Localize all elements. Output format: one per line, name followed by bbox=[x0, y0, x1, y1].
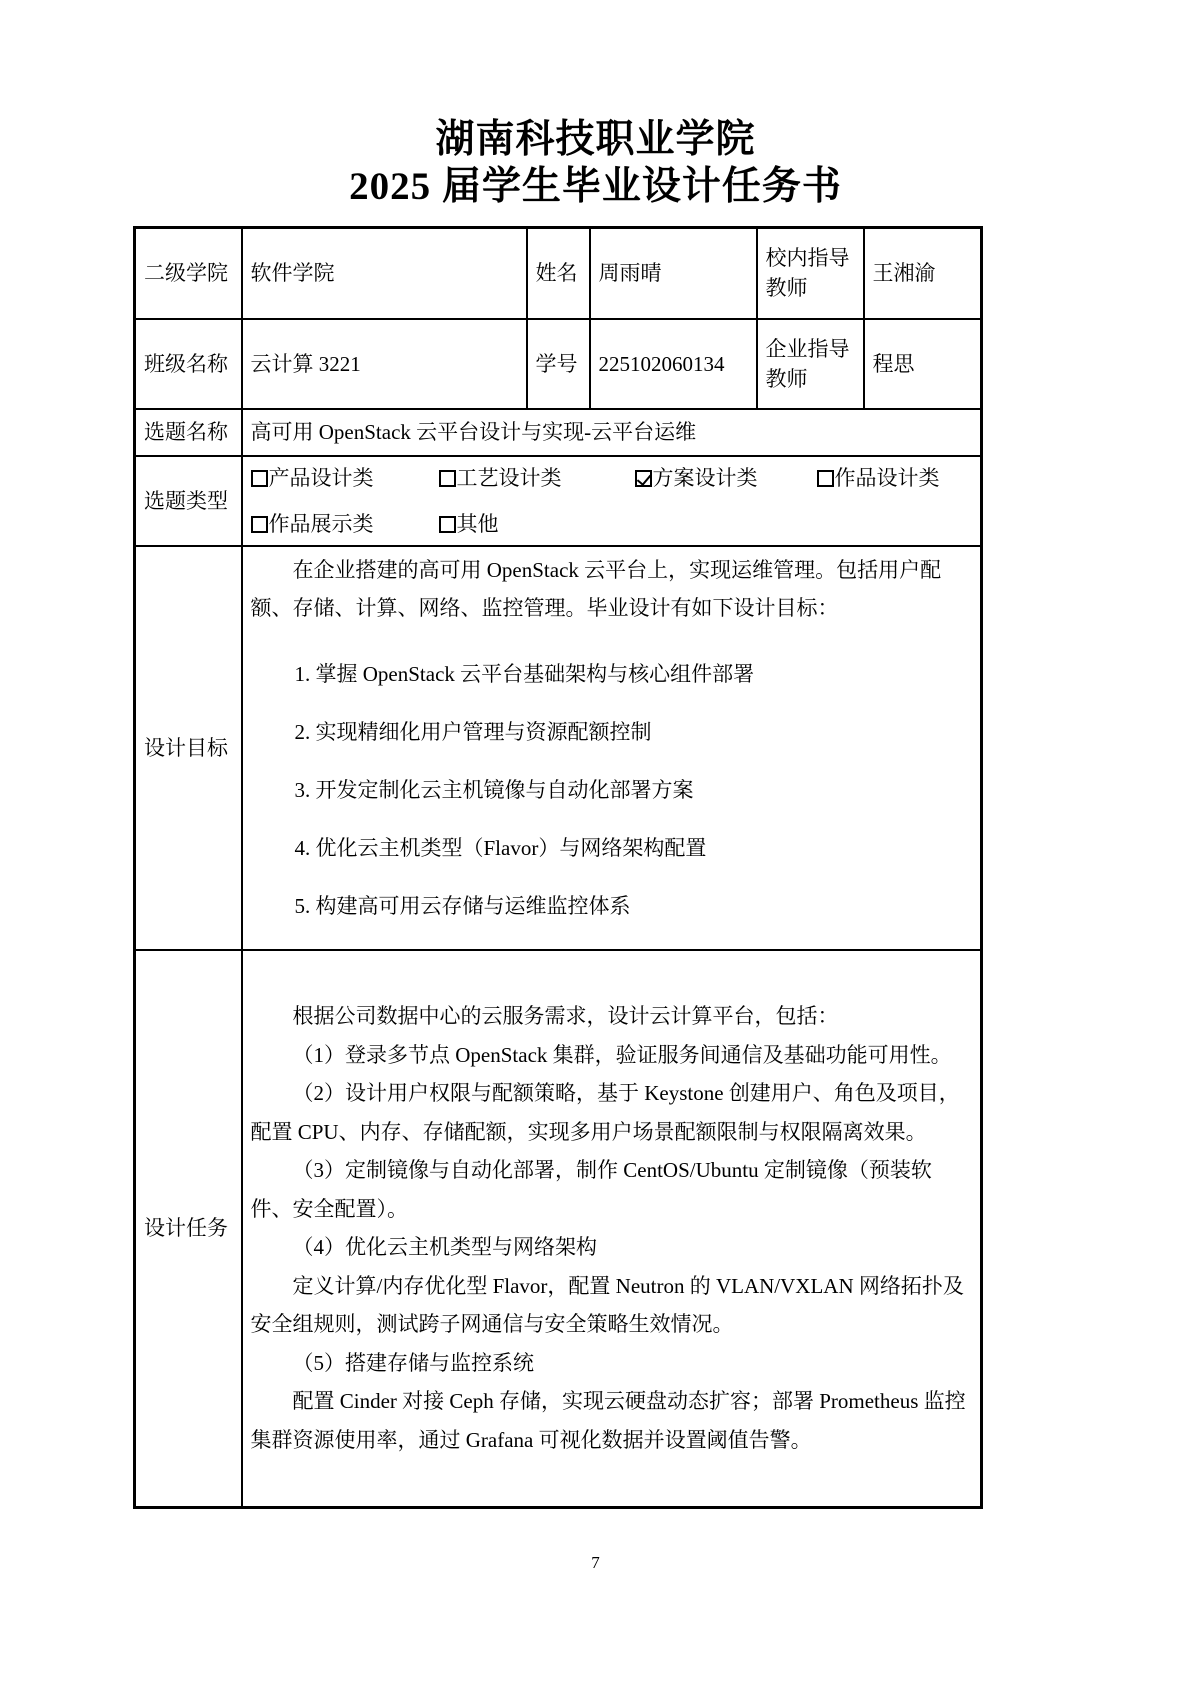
checkbox-icon bbox=[439, 516, 456, 533]
row-design-goals: 设计目标 在企业搭建的高可用 OpenStack 云平台上，实现运维管理。包括用… bbox=[135, 546, 982, 950]
option-other: 其他 bbox=[439, 509, 635, 539]
student-id-value: 225102060134 bbox=[590, 319, 757, 409]
school-name: 湖南科技职业学院 bbox=[0, 116, 1191, 163]
page-number: 7 bbox=[0, 1553, 1191, 1573]
company-advisor-label: 企业指导教师 bbox=[757, 319, 864, 409]
design-goals-intro: 在企业搭建的高可用 OpenStack 云平台上，实现运维管理。包括用户配额、存… bbox=[251, 551, 973, 627]
class-label: 班级名称 bbox=[135, 319, 242, 409]
option-process-design: 工艺设计类 bbox=[439, 463, 635, 493]
task-paragraph: 定义计算/内存优化型 Flavor，配置 Neutron 的 VLAN/VXLA… bbox=[251, 1267, 973, 1344]
design-goals-content: 在企业搭建的高可用 OpenStack 云平台上，实现运维管理。包括用户配额、存… bbox=[242, 546, 982, 950]
student-name-label: 姓名 bbox=[527, 228, 590, 319]
option-product-design: 产品设计类 bbox=[251, 463, 439, 493]
task-paragraph: （5）搭建存储与监控系统 bbox=[251, 1344, 973, 1383]
document-title: 湖南科技职业学院 2025 届学生毕业设计任务书 bbox=[0, 0, 1191, 210]
design-tasks-label: 设计任务 bbox=[135, 950, 242, 1508]
design-goals-list: 1. 掌握 OpenStack 云平台基础架构与核心组件部署 2. 实现精细化用… bbox=[295, 655, 973, 925]
goal-item: 2. 实现精细化用户管理与资源配额控制 bbox=[295, 713, 973, 751]
goal-item: 3. 开发定制化云主机镜像与自动化部署方案 bbox=[295, 771, 973, 809]
task-paragraph: （4）优化云主机类型与网络架构 bbox=[251, 1228, 973, 1267]
task-form-table: 二级学院 软件学院 姓名 周雨晴 校内指导教师 王湘渝 班级名称 云计算 322… bbox=[133, 226, 983, 1509]
class-value: 云计算 3221 bbox=[242, 319, 527, 409]
school-advisor-label: 校内指导教师 bbox=[757, 228, 864, 319]
task-paragraph: 根据公司数据中心的云服务需求，设计云计算平台，包括： bbox=[251, 997, 973, 1036]
row-college: 二级学院 软件学院 姓名 周雨晴 校内指导教师 王湘渝 bbox=[135, 228, 982, 319]
task-paragraph: （3）定制镜像与自动化部署，制作 CentOS/Ubuntu 定制镜像（预装软件… bbox=[251, 1151, 973, 1228]
task-paragraph: （1）登录多节点 OpenStack 集群，验证服务间通信及基础功能可用性。 bbox=[251, 1036, 973, 1075]
task-paragraph: 配置 Cinder 对接 Ceph 存储，实现云硬盘动态扩容；部署 Promet… bbox=[251, 1382, 973, 1459]
option-work-design: 作品设计类 bbox=[817, 463, 973, 493]
college-label: 二级学院 bbox=[135, 228, 242, 319]
school-advisor-value: 王湘渝 bbox=[864, 228, 982, 319]
checkbox-icon bbox=[251, 516, 268, 533]
row-topic-type: 选题类型 产品设计类 工艺设计类 方案设计类 作品设计类 作品展示类 其他 bbox=[135, 456, 982, 546]
topic-name-label: 选题名称 bbox=[135, 409, 242, 456]
design-tasks-content: 根据公司数据中心的云服务需求，设计云计算平台，包括： （1）登录多节点 Open… bbox=[242, 950, 982, 1508]
design-goals-label: 设计目标 bbox=[135, 546, 242, 950]
row-design-tasks: 设计任务 根据公司数据中心的云服务需求，设计云计算平台，包括： （1）登录多节点… bbox=[135, 950, 982, 1508]
goal-item: 5. 构建高可用云存储与运维监控体系 bbox=[295, 887, 973, 925]
company-advisor-value: 程思 bbox=[864, 319, 982, 409]
goal-item: 1. 掌握 OpenStack 云平台基础架构与核心组件部署 bbox=[295, 655, 973, 693]
checkbox-checked-icon bbox=[635, 470, 652, 487]
checkbox-icon bbox=[251, 470, 268, 487]
goal-item: 4. 优化云主机类型（Flavor）与网络架构配置 bbox=[295, 829, 973, 867]
option-work-exhibit: 作品展示类 bbox=[251, 509, 439, 539]
task-paragraph: （2）设计用户权限与配额策略，基于 Keystone 创建用户、角色及项目，配置… bbox=[251, 1074, 973, 1151]
topic-name-value: 高可用 OpenStack 云平台设计与实现-云平台运维 bbox=[242, 409, 982, 456]
checkbox-icon bbox=[817, 470, 834, 487]
student-name-value: 周雨晴 bbox=[590, 228, 757, 319]
topic-type-label: 选题类型 bbox=[135, 456, 242, 546]
document-subtitle: 2025 届学生毕业设计任务书 bbox=[0, 163, 1191, 210]
topic-type-options: 产品设计类 工艺设计类 方案设计类 作品设计类 作品展示类 其他 bbox=[242, 456, 982, 546]
option-scheme-design: 方案设计类 bbox=[635, 463, 817, 493]
row-class: 班级名称 云计算 3221 学号 225102060134 企业指导教师 程思 bbox=[135, 319, 982, 409]
college-value: 软件学院 bbox=[242, 228, 527, 319]
row-topic-name: 选题名称 高可用 OpenStack 云平台设计与实现-云平台运维 bbox=[135, 409, 982, 456]
checkbox-icon bbox=[439, 470, 456, 487]
student-id-label: 学号 bbox=[527, 319, 590, 409]
